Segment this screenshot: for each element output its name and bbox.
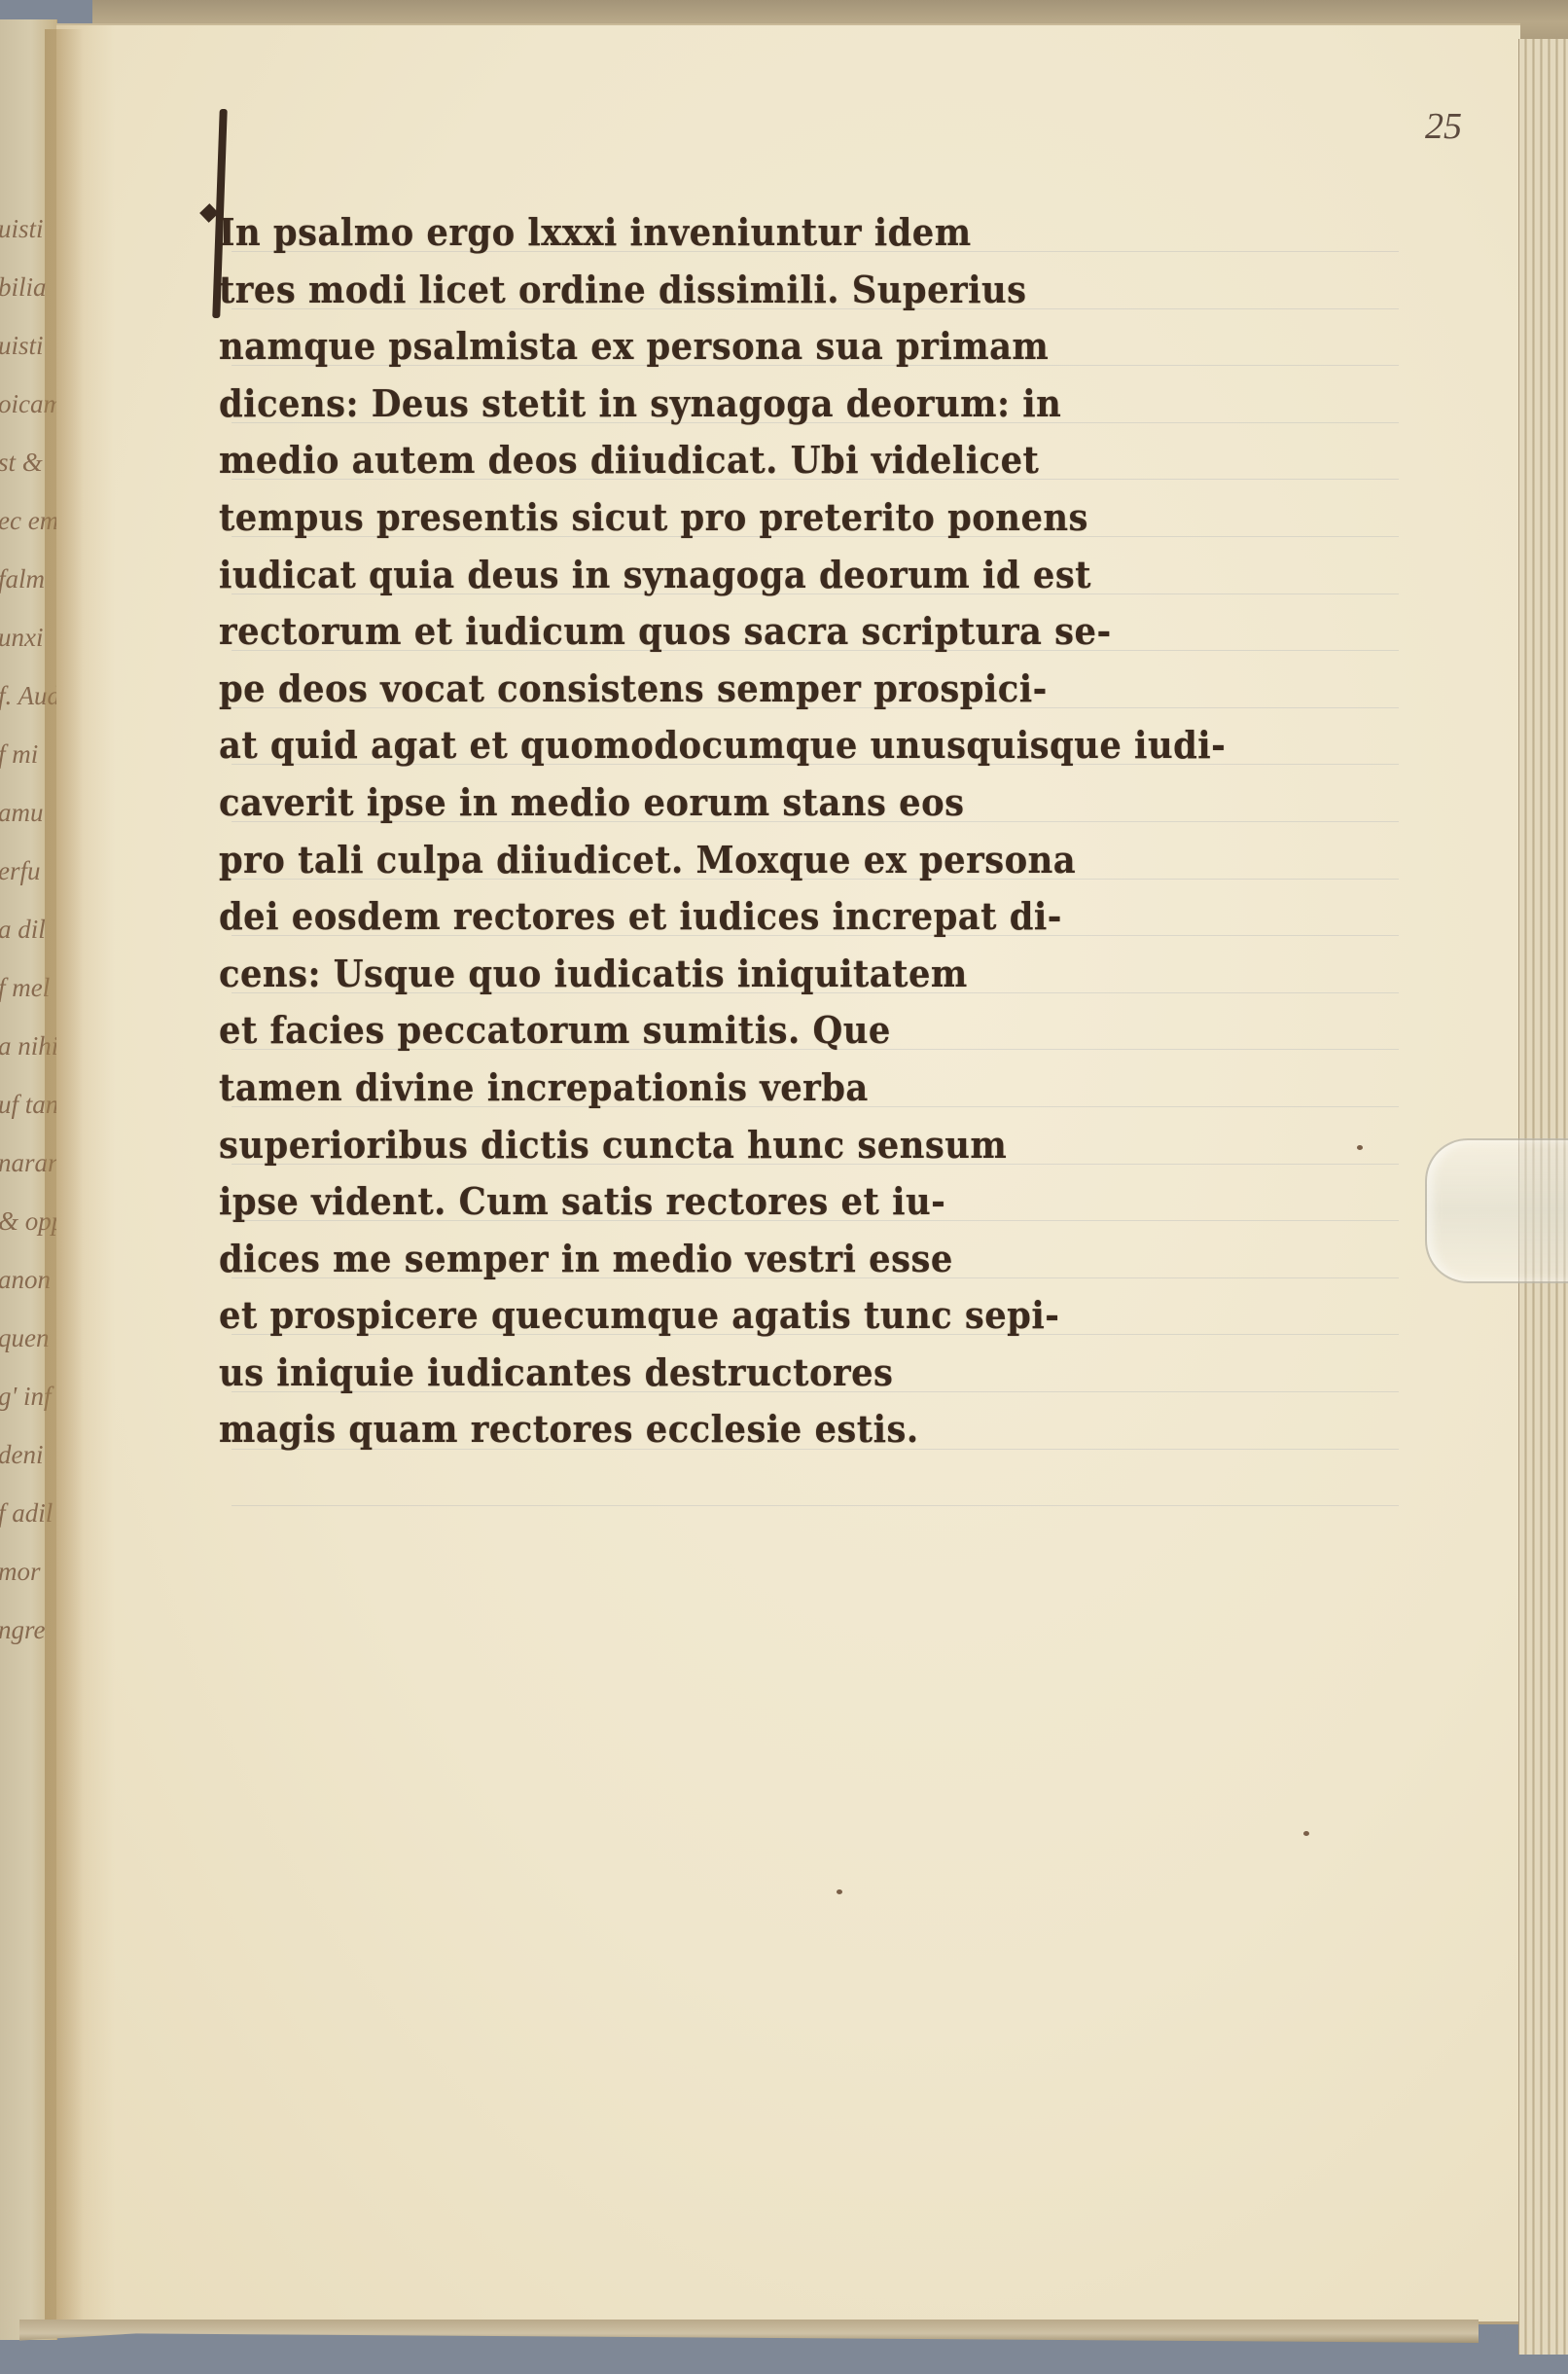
manuscript-text-line: dicens: Deus stetit in synagoga deorum: … [219, 376, 1260, 433]
manuscript-text-line: superioribus dictis cuncta hunc sensum [219, 1117, 1260, 1174]
manuscript-text-line: cens: Usque quo iudicatis iniquitatem [219, 946, 1260, 1003]
transparent-clasp-tab [1425, 1138, 1568, 1283]
manuscript-text-line: dices me semper in medio vestri esse [219, 1231, 1260, 1288]
ruling-line [232, 1505, 1399, 1506]
manuscript-text-line: rectorum et iudicum quos sacra scriptura… [219, 603, 1260, 661]
gutter-shadow [45, 29, 84, 2335]
manuscript-text-line: iudicat quia deus in synagoga deorum id … [219, 547, 1260, 604]
manuscript-text-line: caverit ipse in medio eorum stans eos [219, 774, 1260, 832]
manuscript-text-line: pro tali culpa diiudicet. Moxque ex pers… [219, 832, 1260, 889]
folio-number: 25 [1425, 105, 1462, 148]
manuscript-text-line: at quid agat et quomodocumque unusquisqu… [219, 717, 1260, 774]
manuscript-text-line: us iniquie iudicantes destructores [219, 1345, 1260, 1402]
manuscript-text-line: namque psalmista ex persona sua primam [219, 318, 1260, 376]
manuscript-text-line: magis quam rectores ecclesie estis. [219, 1401, 1260, 1458]
book-tail-edge [19, 2320, 1479, 2343]
ink-speck [1357, 1145, 1363, 1150]
manuscript-text-line: dei eosdem rectores et iudices increpat … [219, 888, 1260, 946]
manuscript-text-line: et facies peccatorum sumitis. Que [219, 1002, 1260, 1060]
manuscript-text-line: tamen divine increpationis verba [219, 1060, 1260, 1117]
main-text-block: In psalmo ergo lxxxi inveniuntur idemtre… [219, 204, 1337, 1458]
manuscript-text-line: pe deos vocat consistens semper prospici… [219, 661, 1260, 718]
manuscript-text-line: et prospicere quecumque agatis tunc sepi… [219, 1287, 1260, 1345]
manuscript-text-line: medio autem deos diiudicat. Ubi videlice… [219, 432, 1260, 489]
manuscript-text-line: ipse vident. Cum satis rectores et iu- [219, 1173, 1260, 1231]
manuscript-text-line: In psalmo ergo lxxxi inveniuntur idem [219, 204, 1260, 262]
ink-speck [837, 1889, 842, 1894]
ink-speck [1303, 1831, 1309, 1836]
manuscript-text-line: tres modi licet ordine dissimili. Superi… [219, 262, 1260, 319]
manuscript-text-line: tempus presentis sicut pro preterito pon… [219, 489, 1260, 547]
